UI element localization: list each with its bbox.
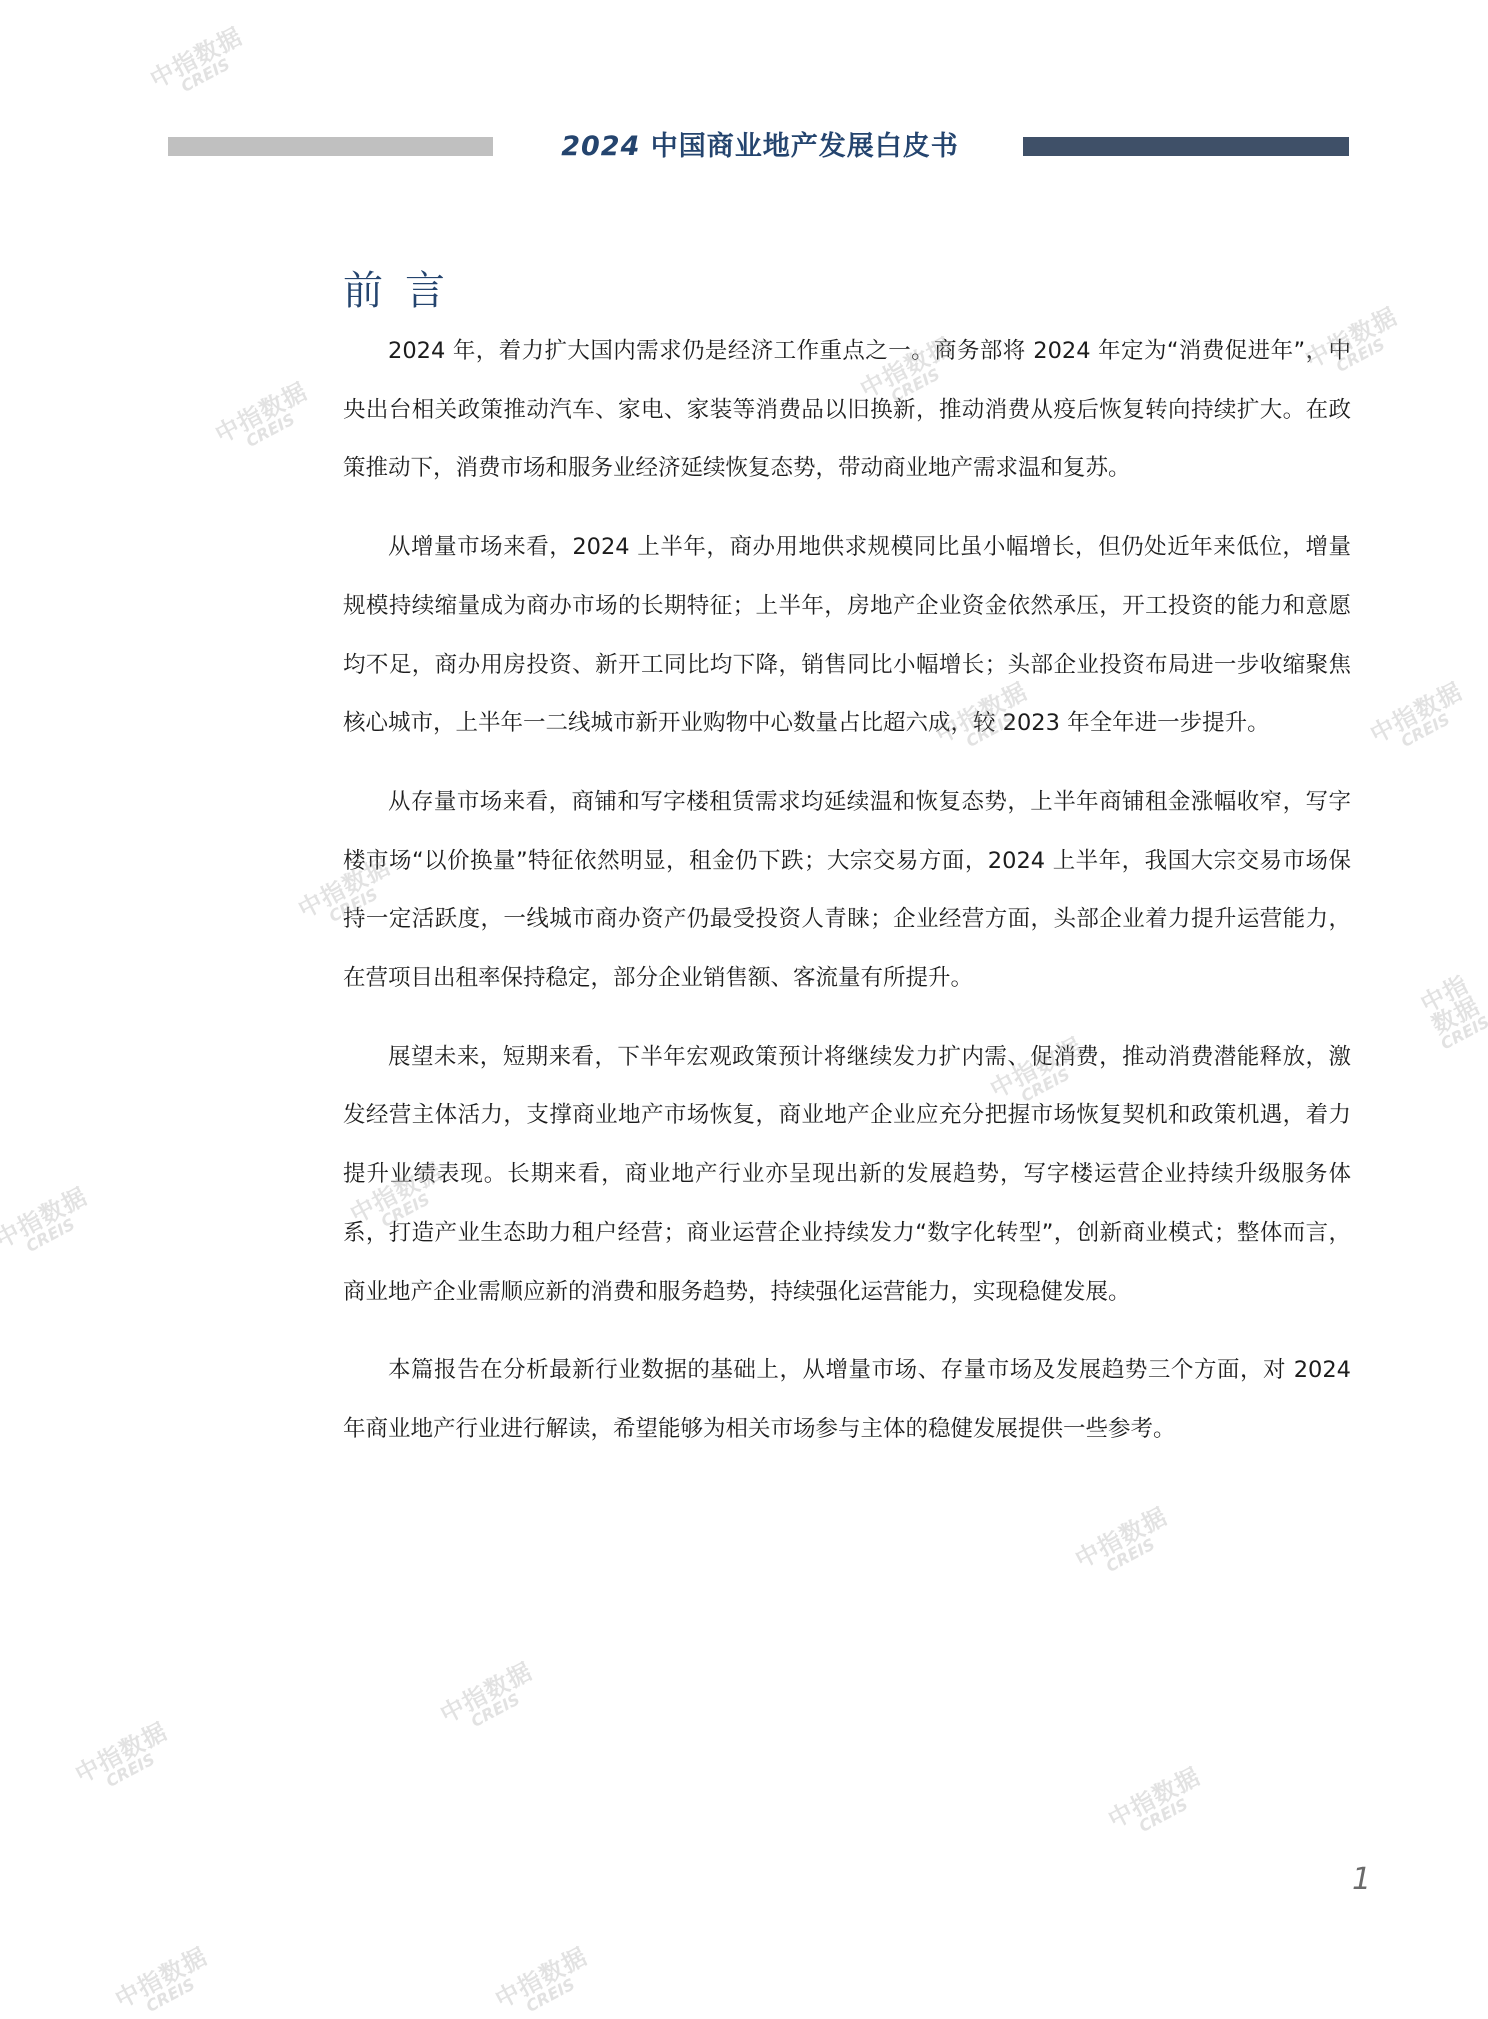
document-title-year: 2024: [561, 131, 640, 162]
document-title-text: 中国商业地产发展白皮书: [651, 131, 959, 162]
paragraph-incremental-market: 从增量市场来看，2024 上半年，商办用地供求规模同比虽小幅增长，但仍处近年来低…: [343, 518, 1351, 753]
document-title: 2024 中国商业地产发展白皮书: [520, 124, 1000, 163]
header-bar-right: [1023, 137, 1349, 156]
watermark: 中指数据CREIS: [1104, 1764, 1211, 1846]
watermark: 中指数据CREIS: [491, 1944, 598, 2019]
watermark: 中指数据CREIS: [111, 1944, 218, 2019]
paragraph-intro: 2024 年，着力扩大国内需求仍是经济工作重点之一。商务部将 2024 年定为“…: [343, 322, 1351, 498]
paragraph-outlook: 展望未来，短期来看，下半年宏观政策预计将继续发力扩内需、促消费，推动消费潜能释放…: [343, 1028, 1351, 1322]
watermark: 中指数据CREIS: [1071, 1504, 1178, 1586]
page-heading: 前言: [343, 259, 467, 316]
paragraph-report-scope: 本篇报告在分析最新行业数据的基础上，从增量市场、存量市场及发展趋势三个方面，对 …: [343, 1341, 1351, 1458]
watermark: 中指数据CREIS: [1409, 968, 1488, 1056]
watermark: 中指数据CREIS: [436, 1659, 543, 1741]
watermark: 中指数据CREIS: [211, 379, 318, 461]
page-number: 1: [1352, 1862, 1371, 1897]
watermark: 中指数据CREIS: [71, 1719, 178, 1801]
body-content: 2024 年，着力扩大国内需求仍是经济工作重点之一。商务部将 2024 年定为“…: [343, 322, 1351, 1479]
watermark: 中指数据CREIS: [0, 1184, 99, 1266]
watermark: 中指数据CREIS: [146, 24, 253, 106]
header-bar-left: [168, 137, 493, 156]
watermark: 中指数据CREIS: [1366, 679, 1473, 761]
paragraph-existing-market: 从存量市场来看，商铺和写字楼租赁需求均延续温和恢复态势，上半年商铺租金涨幅收窄，…: [343, 773, 1351, 1008]
